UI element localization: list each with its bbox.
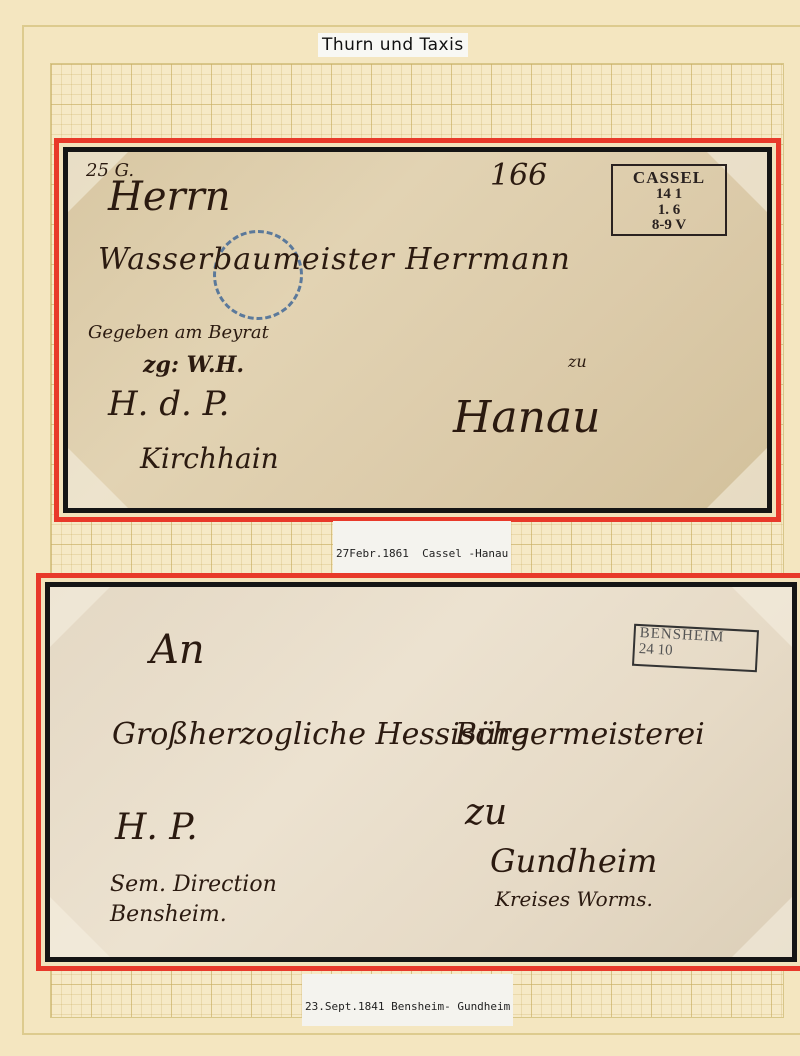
envelope-cassel-hanau[interactable]: 25 G. Herrn 166 CASSEL 14 1 1. 6 8-9 V W… [68,152,767,508]
note-line: Gegeben am Beyrat [88,322,269,343]
sender-mark: zg: W.H. [143,352,244,378]
district: Kreises Worms. [495,887,653,911]
addressee-line: Wasserbaumeister Herrmann [98,242,571,277]
initials: H. d. P. [108,384,229,424]
addressee-line-2: Bürgermeisterei [455,717,705,752]
postmark-bensheim: BENSHEIM 24 10 [632,624,759,672]
sender-line-2: Bensheim. [110,902,227,927]
envelope-bensheim-gundheim[interactable]: An BENSHEIM 24 10 Großherzogliche Hessis… [50,587,792,957]
sender-line-1: Sem. Direction [110,872,277,897]
caption-cover-2: 23.Sept.1841 Bensheim- Gundheim [302,974,513,1026]
signature: Kirchhain [140,442,279,475]
salutation: An [150,627,205,673]
preposition: zu [568,352,587,371]
page-title: Thurn und Taxis [318,33,468,57]
salutation: Herrn [108,174,231,220]
destination: Hanau [453,392,601,443]
postmark-cassel: CASSEL 14 1 1. 6 8-9 V [611,164,727,236]
cover-mount-1: 25 G. Herrn 166 CASSEL 14 1 1. 6 8-9 V W… [54,138,781,522]
initials: H. P. [115,807,198,848]
destination: Gundheim [490,842,657,880]
cover-mount-2: An BENSHEIM 24 10 Großherzogliche Hessis… [36,573,800,971]
preposition: zu [465,792,507,833]
rate-mark: 166 [490,158,547,193]
